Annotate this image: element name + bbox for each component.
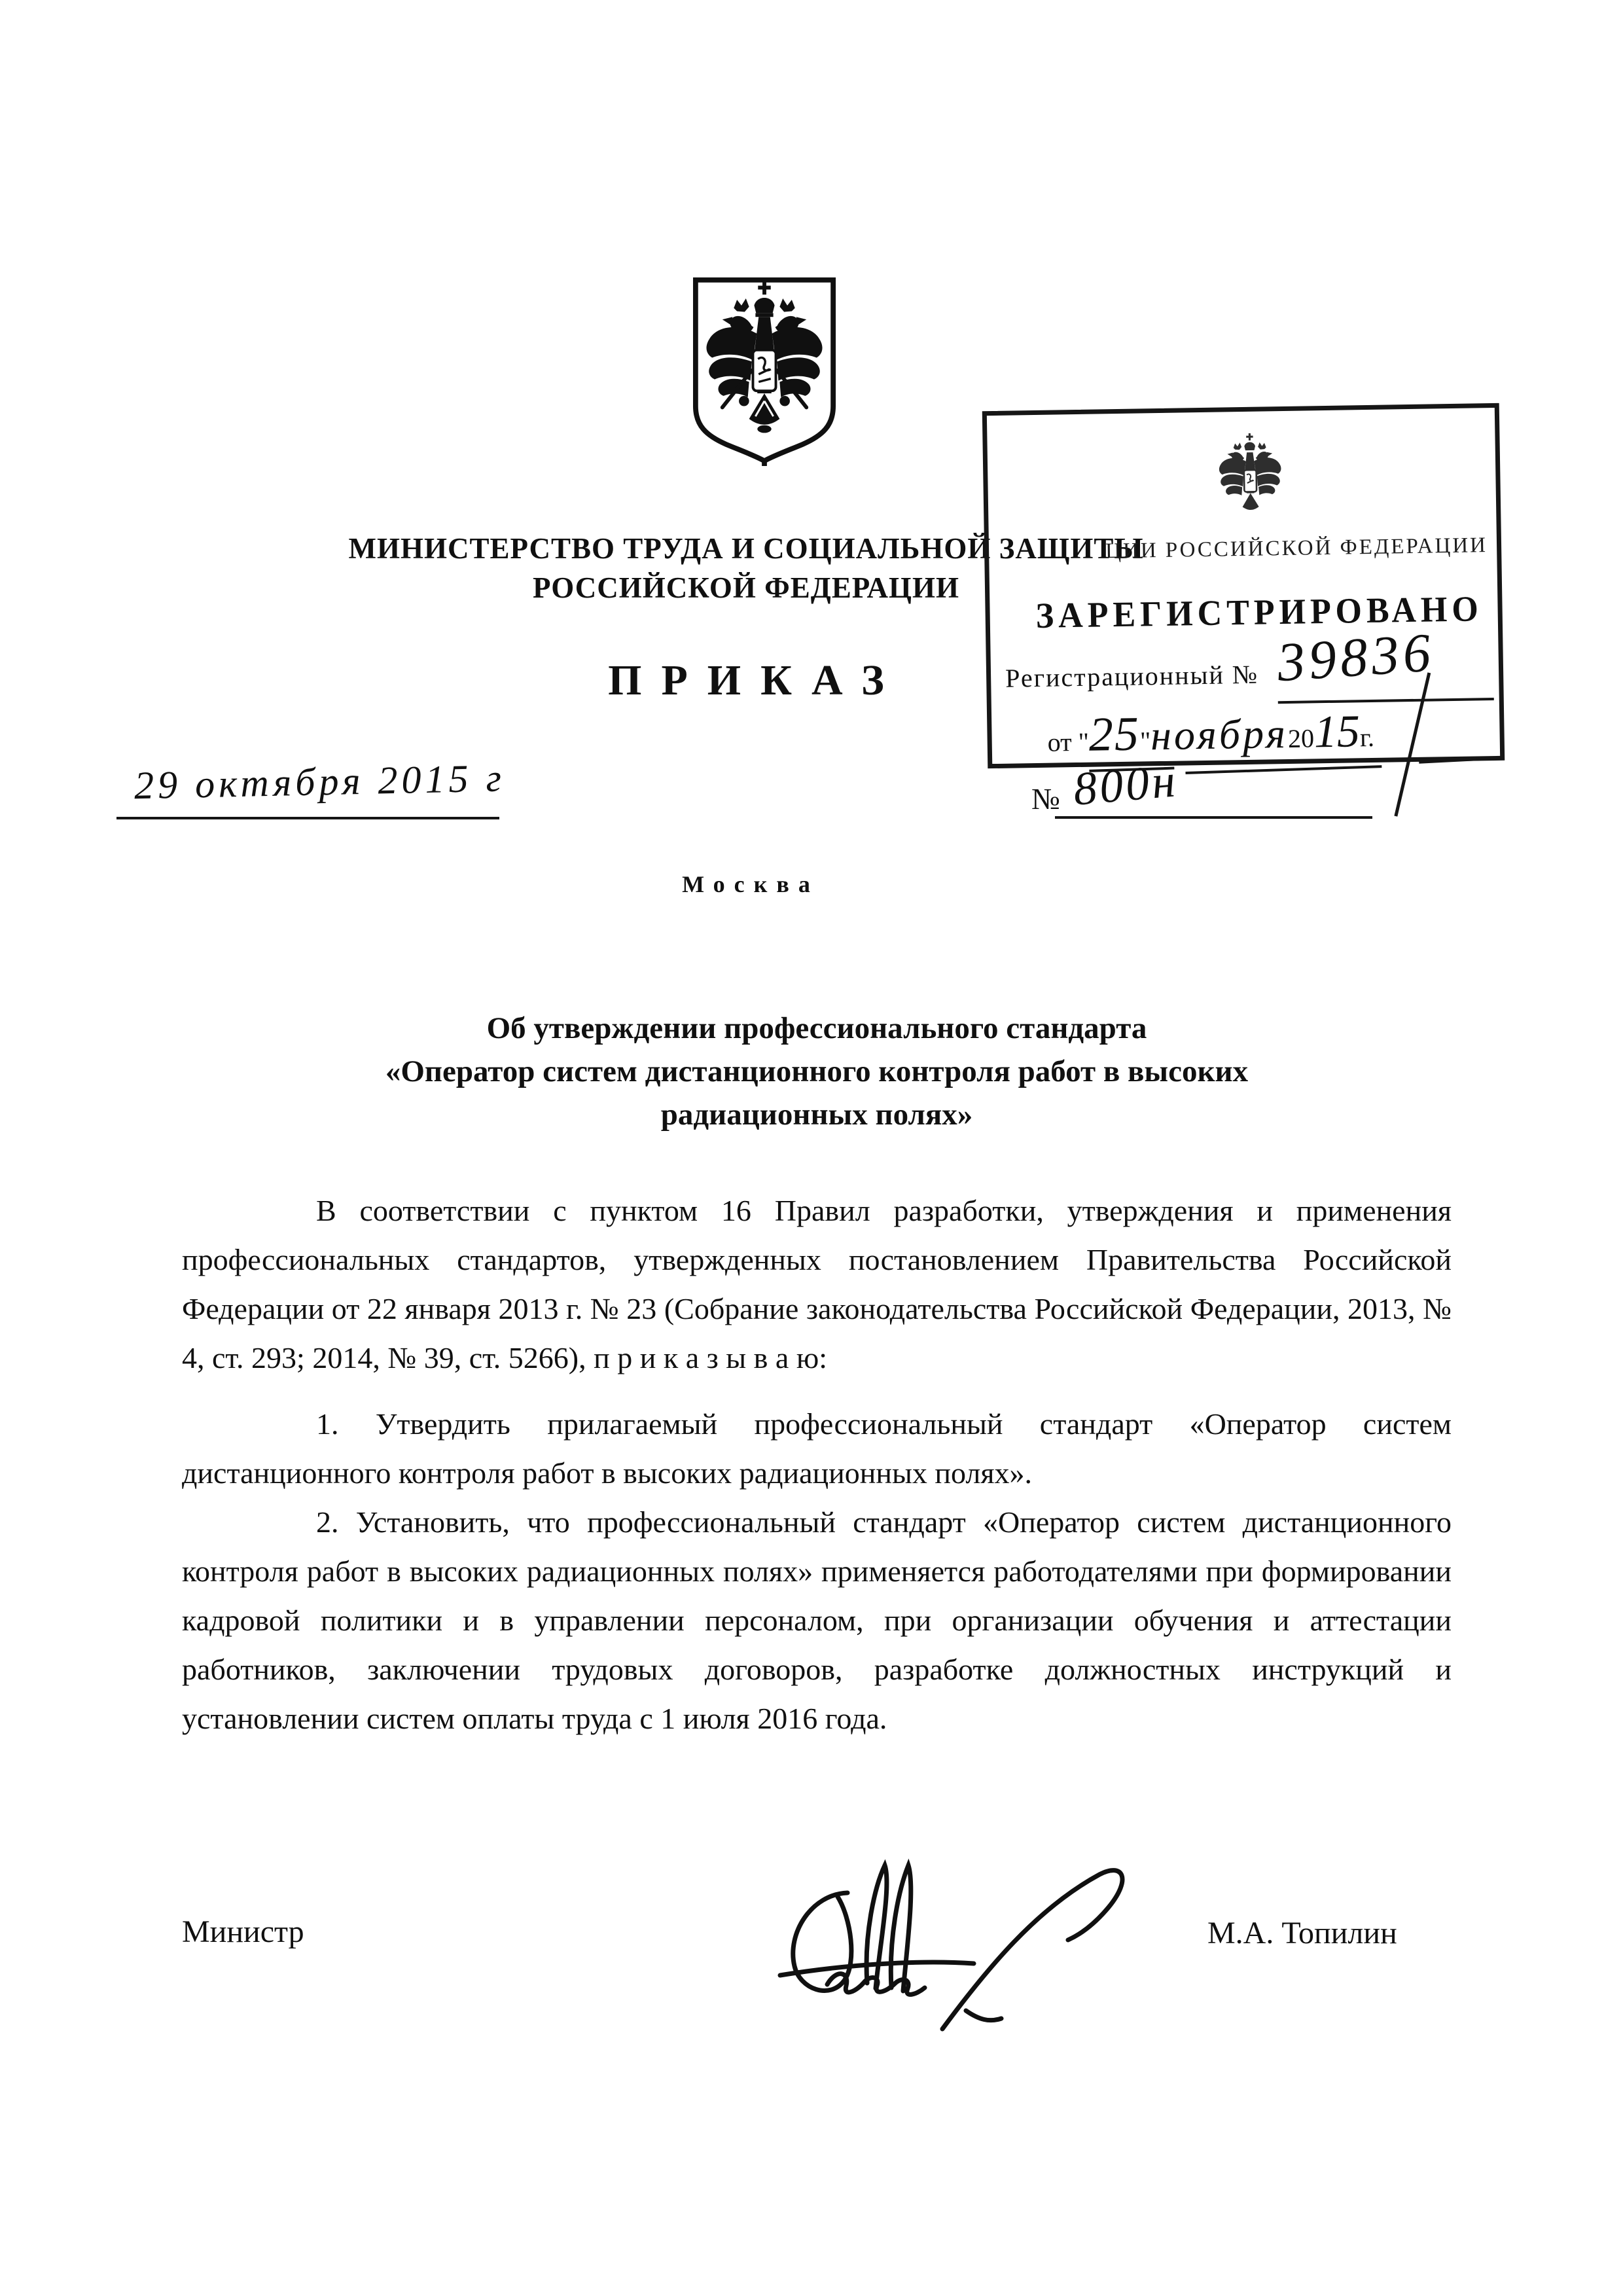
paragraph-item-1: 1. Утвердить прилагаемый профессиональны… [182, 1399, 1452, 1498]
stamp-date-line: от "25"ноября2015г. [1047, 703, 1375, 764]
stamp-date-from: от " [1047, 727, 1089, 757]
paragraph-preamble: В соответствии с пунктом 16 Правил разра… [182, 1186, 1452, 1382]
document-page: МИНИСТЕРСТВО ТРУДА И СОЦИАЛЬНОЙ ЗАЩИТЫ Р… [0, 0, 1623, 2296]
stamp-agency-line: ЦИИ РОССИЙСКОЙ ФЕДЕРАЦИИ [1105, 533, 1492, 564]
order-number-handwritten: 800н [1071, 753, 1180, 817]
stamp-date-quote: " [1140, 726, 1151, 755]
stamp-coat-of-arms-icon [1203, 429, 1297, 533]
stamp-month-underline [1185, 765, 1382, 774]
stamp-date-day: 25 [1088, 708, 1140, 762]
city-label: Москва [196, 870, 1296, 898]
stamp-reg-number-underline [1278, 698, 1494, 704]
order-number-sign: № [1031, 781, 1060, 816]
stamp-date-year-print: 20 [1288, 723, 1315, 753]
stamp-date-year-hand: 15 [1313, 706, 1360, 757]
stamp-year-underline [1419, 757, 1491, 764]
order-number-underline [1055, 816, 1372, 819]
paragraph-item-2: 2. Установить, что профессиональный стан… [182, 1498, 1452, 1743]
order-date-underline [116, 817, 499, 819]
russia-coat-of-arms-icon [687, 275, 842, 466]
stamp-date-month: ноября [1150, 710, 1289, 759]
minister-label: Министр [182, 1914, 304, 1950]
order-body: В соответствии с пунктом 16 Правил разра… [182, 1186, 1452, 1743]
minister-signature-icon [746, 1854, 1217, 2043]
registration-stamp: ЦИИ РОССИЙСКОЙ ФЕДЕРАЦИИ ЗАРЕГИСТРИРОВАН… [982, 403, 1505, 768]
stamp-reg-number-value: 39836 [1275, 620, 1436, 694]
stamp-reg-number-label: Регистрационный № [1005, 659, 1259, 694]
stamp-date-g: г. [1360, 723, 1375, 752]
stamp-pen-stroke [1394, 672, 1431, 816]
order-date-handwritten: 29 октября 2015 г [134, 755, 527, 809]
minister-name: М.А. Топилин [1207, 1915, 1397, 1951]
order-title: Об утверждении профессионального стандар… [182, 1007, 1452, 1136]
